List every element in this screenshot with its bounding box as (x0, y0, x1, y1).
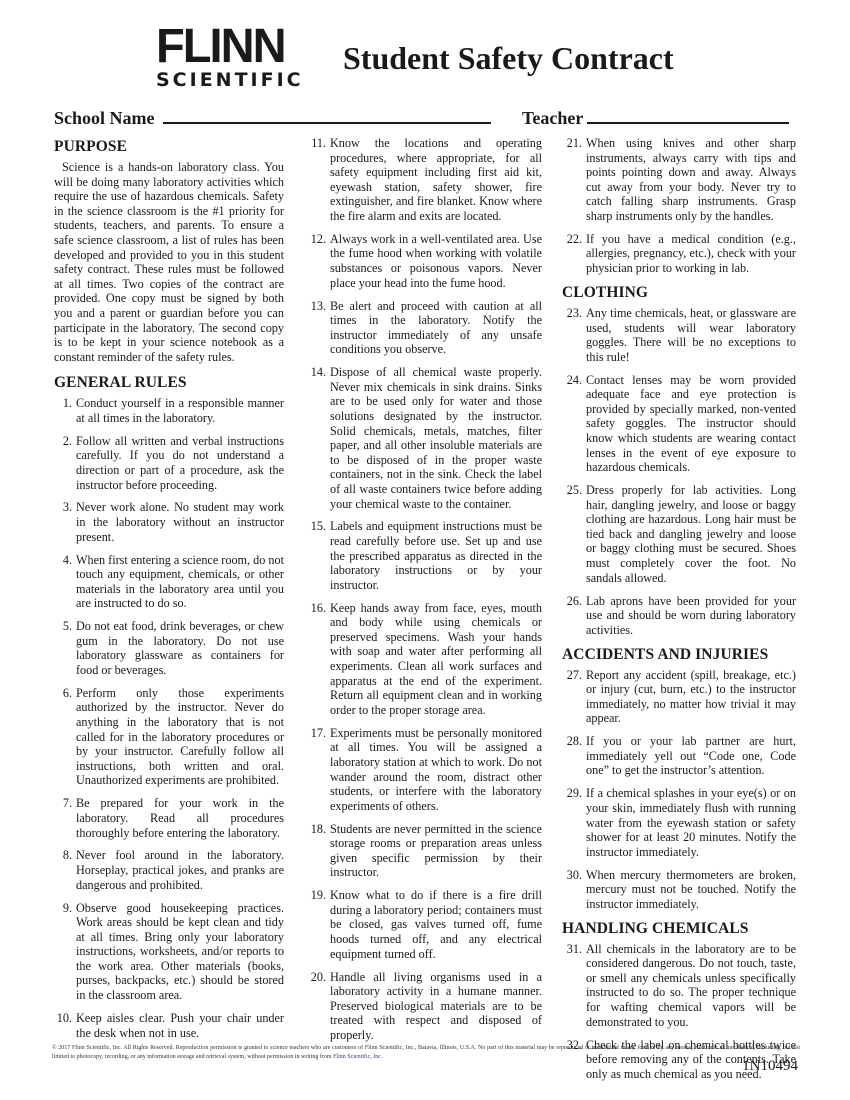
rule-item: 5.Do not eat food, drink beverages, or c… (54, 619, 284, 677)
page-title: Student Safety Contract (343, 40, 674, 77)
rule-text: Report any accident (spill, breakage, et… (586, 668, 796, 726)
rule-text: Always work in a well-ventilated area. U… (330, 232, 542, 290)
copyright-text: © 2017 Flinn Scientific, Inc. All Rights… (52, 1045, 800, 1060)
rule-text: Labels and equipment instructions must b… (330, 519, 542, 592)
rule-item: 17.Experiments must be personally monito… (306, 726, 542, 814)
rule-number: 11. (306, 136, 330, 224)
rule-item: 19.Know what to do if there is a fire dr… (306, 888, 542, 961)
rule-number: 23. (562, 306, 586, 364)
rule-text: Dress properly for lab activities. Long … (586, 483, 796, 585)
rule-number: 21. (562, 136, 586, 224)
school-name-input-line[interactable] (163, 108, 491, 124)
rule-text: If a chemical splashes in your eye(s) or… (586, 786, 796, 859)
rule-item: 12.Always work in a well-ventilated area… (306, 232, 542, 290)
rule-text: Lab aprons have been provided for your u… (586, 594, 796, 638)
rule-text: Do not eat food, drink beverages, or che… (76, 619, 284, 677)
rule-number: 22. (562, 232, 586, 276)
rule-item: 24.Contact lenses may be worn provided a… (562, 373, 796, 475)
rule-text: Never work alone. No student may work in… (76, 500, 284, 544)
rule-number: 16. (306, 601, 330, 718)
rule-text: Be alert and proceed with caution at all… (330, 299, 542, 357)
rule-text: Handle all living organisms used in a la… (330, 970, 542, 1043)
rule-item: 22.If you have a medical condition (e.g.… (562, 232, 796, 276)
rule-number: 18. (306, 822, 330, 880)
rule-number: 1. (54, 396, 76, 425)
rule-number: 30. (562, 868, 586, 912)
rule-number: 13. (306, 299, 330, 357)
rule-number: 24. (562, 373, 586, 475)
flinn-scientific-logo: FLINN SCIENTIFIC (156, 27, 316, 91)
teacher-label: Teacher (522, 108, 583, 128)
rule-item: 30.When mercury thermometers are broken,… (562, 868, 796, 912)
rule-number: 9. (54, 901, 76, 1003)
rule-item: 9.Observe good housekeeping practices. W… (54, 901, 284, 1003)
rule-number: 25. (562, 483, 586, 585)
accidents-heading: ACCIDENTS AND INJURIES (562, 646, 796, 664)
rule-item: 25.Dress properly for lab activities. Lo… (562, 483, 796, 585)
clothing-heading: CLOTHING (562, 284, 796, 302)
rule-number: 29. (562, 786, 586, 859)
rule-text: Any time chemicals, heat, or glassware a… (586, 306, 796, 364)
rule-text: If you have a medical condition (e.g., a… (586, 232, 796, 276)
rule-number: 10. (50, 1011, 76, 1040)
rule-item: 4.When first entering a science room, do… (54, 553, 284, 611)
school-name-field: School Name (54, 108, 491, 129)
rule-item: 18.Students are never permitted in the s… (306, 822, 542, 880)
rule-item: 8.Never fool around in the laboratory. H… (54, 848, 284, 892)
rule-number: 28. (562, 734, 586, 778)
rule-number: 20. (306, 970, 330, 1043)
rule-item: 31.All chemicals in the laboratory are t… (562, 942, 796, 1030)
rule-text: Contact lenses may be worn provided adeq… (586, 373, 796, 475)
rule-item: 23.Any time chemicals, heat, or glasswar… (562, 306, 796, 364)
column-3: 21.When using knives and other sharp ins… (562, 136, 796, 1090)
rule-number: 8. (54, 848, 76, 892)
column-2: 11.Know the locations and operating proc… (306, 136, 542, 1051)
rule-item: 6.Perform only those experiments authori… (54, 686, 284, 788)
document-code: 1N10494 (742, 1058, 798, 1075)
handling-chemicals-heading: HANDLING CHEMICALS (562, 920, 796, 938)
rule-text: Follow all written and verbal instructio… (76, 434, 284, 492)
rule-number: 26. (562, 594, 586, 638)
rule-number: 31. (562, 942, 586, 1030)
rule-number: 15. (306, 519, 330, 592)
rule-item: 21.When using knives and other sharp ins… (562, 136, 796, 224)
rule-text: When first entering a science room, do n… (76, 553, 284, 611)
rule-text: Know the locations and operating procedu… (330, 136, 542, 224)
rule-item: 15.Labels and equipment instructions mus… (306, 519, 542, 592)
rule-item: 13.Be alert and proceed with caution at … (306, 299, 542, 357)
rule-number: 5. (54, 619, 76, 677)
rule-item: 16.Keep hands away from face, eyes, mout… (306, 601, 542, 718)
rule-text: Experiments must be personally monitored… (330, 726, 542, 814)
school-name-label: School Name (54, 108, 155, 128)
rule-text: Never fool around in the laboratory. Hor… (76, 848, 284, 892)
rule-text: Keep hands away from face, eyes, mouth a… (330, 601, 542, 718)
rule-item: 27.Report any accident (spill, breakage,… (562, 668, 796, 726)
rule-number: 6. (54, 686, 76, 788)
rule-item: 2.Follow all written and verbal instruct… (54, 434, 284, 492)
rule-item: 10.Keep aisles clear. Push your chair un… (50, 1011, 284, 1040)
rule-number: 3. (54, 500, 76, 544)
flinn-scientific-link[interactable]: Flinn Scientific, Inc. (333, 1054, 382, 1060)
rule-text: All chemicals in the laboratory are to b… (586, 942, 796, 1030)
rule-item: 20.Handle all living organisms used in a… (306, 970, 542, 1043)
rule-text: Dispose of all chemical waste properly. … (330, 365, 542, 511)
general-rules-heading: GENERAL RULES (54, 374, 284, 392)
rule-text: Be prepared for your work in the laborat… (76, 796, 284, 840)
rule-number: 4. (54, 553, 76, 611)
copyright-footer: © 2017 Flinn Scientific, Inc. All Rights… (52, 1044, 800, 1061)
rule-text: Observe good housekeeping practices. Wor… (76, 901, 284, 1003)
rule-text: When using knives and other sharp instru… (586, 136, 796, 224)
rule-item: 11.Know the locations and operating proc… (306, 136, 542, 224)
rule-item: 14.Dispose of all chemical waste properl… (306, 365, 542, 511)
purpose-text: Science is a hands-on laboratory class. … (54, 160, 284, 364)
rule-text: Know what to do if there is a fire drill… (330, 888, 542, 961)
rule-number: 2. (54, 434, 76, 492)
rule-number: 17. (306, 726, 330, 814)
rule-item: 28.If you or your lab partner are hurt, … (562, 734, 796, 778)
rule-text: If you or your lab partner are hurt, imm… (586, 734, 796, 778)
purpose-heading: PURPOSE (54, 138, 284, 156)
rule-number: 7. (54, 796, 76, 840)
rule-text: When mercury thermometers are broken, me… (586, 868, 796, 912)
rule-item: 26.Lab aprons have been provided for you… (562, 594, 796, 638)
rule-text: Keep aisles clear. Push your chair under… (76, 1011, 284, 1040)
rule-item: 29.If a chemical splashes in your eye(s)… (562, 786, 796, 859)
rule-number: 14. (306, 365, 330, 511)
rule-item: 1.Conduct yourself in a responsible mann… (54, 396, 284, 425)
rule-text: Conduct yourself in a responsible manner… (76, 396, 284, 425)
rule-item: 7.Be prepared for your work in the labor… (54, 796, 284, 840)
rule-item: 3.Never work alone. No student may work … (54, 500, 284, 544)
rule-text: Perform only those experiments authorize… (76, 686, 284, 788)
column-1: PURPOSE Science is a hands-on laboratory… (54, 136, 284, 1048)
rule-number: 27. (562, 668, 586, 726)
rule-number: 19. (306, 888, 330, 961)
rule-number: 12. (306, 232, 330, 290)
teacher-input-line[interactable] (587, 108, 789, 124)
logo-wordmark: FLINN (156, 27, 313, 67)
teacher-field: Teacher (522, 108, 789, 129)
rule-text: Students are never permitted in the scie… (330, 822, 542, 880)
